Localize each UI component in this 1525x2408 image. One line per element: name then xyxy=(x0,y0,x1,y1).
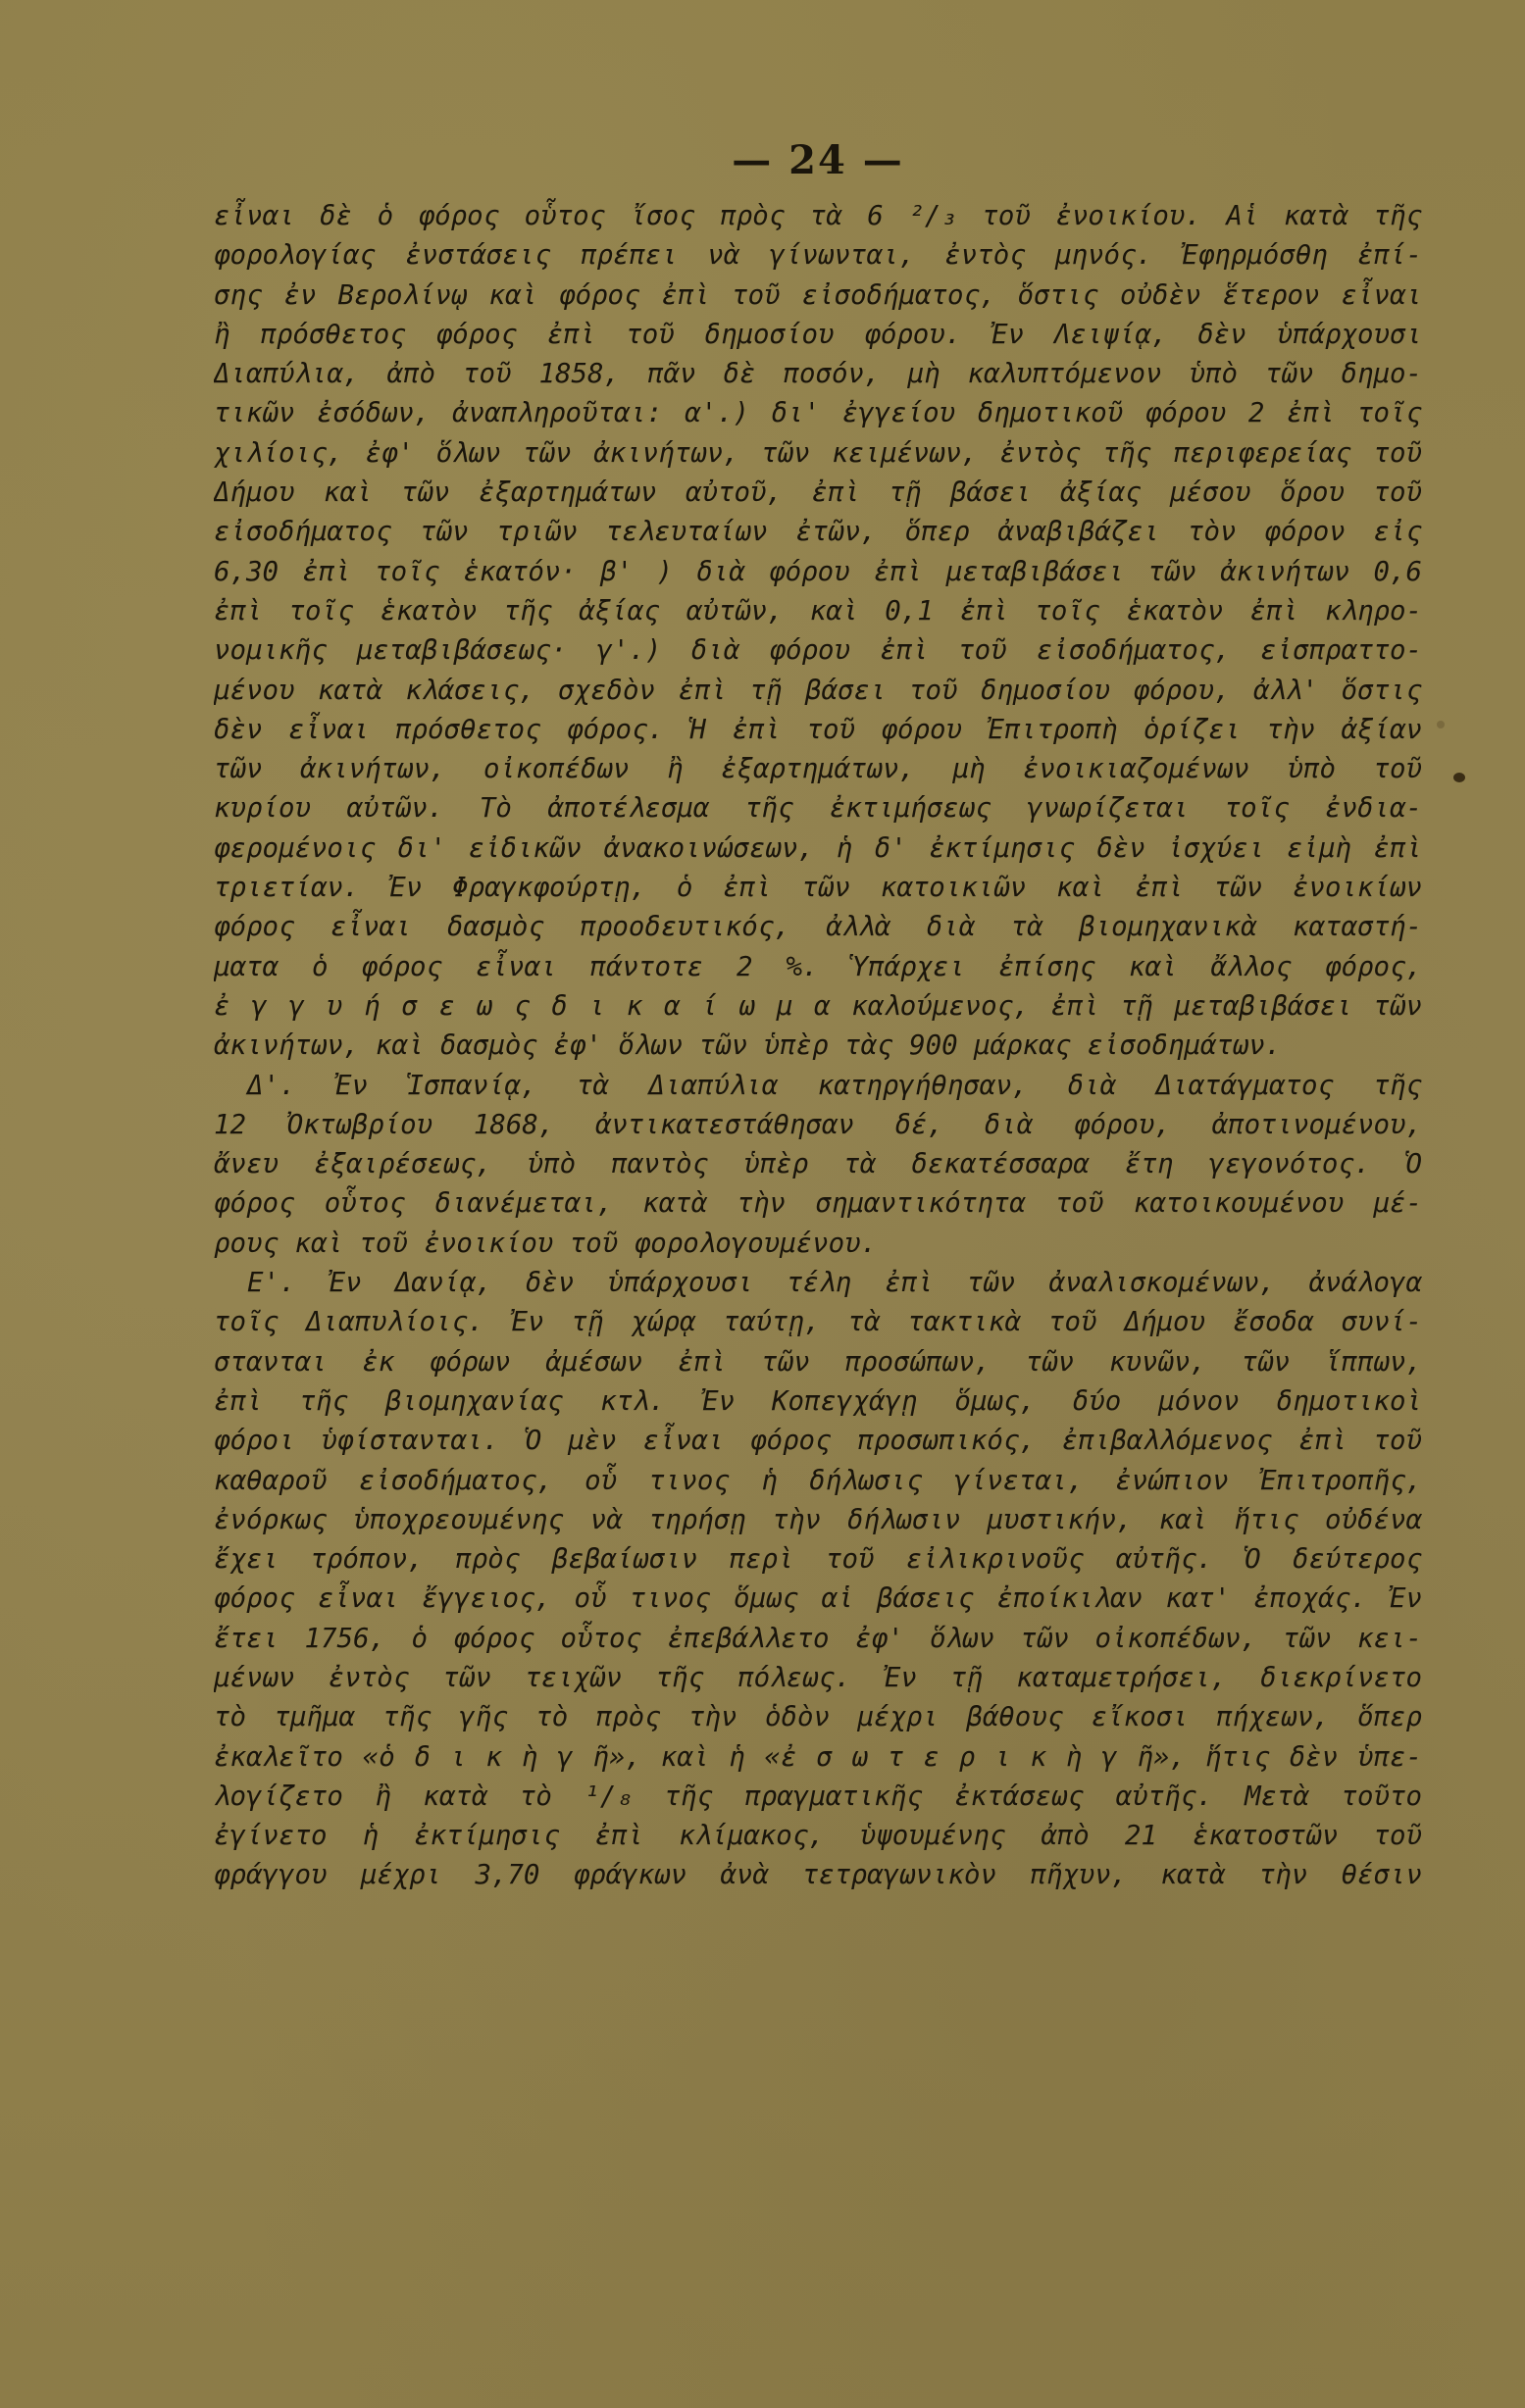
text-line: φόροι ὑφίστανται. Ὁ μὲν εἶναι φόρος προσ… xyxy=(214,1422,1422,1461)
text-line: ἄνευ ἐξαιρέσεως, ὑπὸ παντὸς ὑπὲρ τὰ δεκα… xyxy=(214,1145,1422,1184)
text-line: φόρος οὗτος διανέμεται, κατὰ τὴν σημαντι… xyxy=(214,1184,1422,1224)
text-line: τικῶν ἐσόδων, ἀναπληροῦται: α'.) δι' ἐγγ… xyxy=(214,394,1422,433)
text-line: φράγγου μέχρι 3,70 φράγκων ἀνὰ τετραγωνι… xyxy=(214,1856,1422,1895)
text-line: τὸ τμῆμα τῆς γῆς τὸ πρὸς τὴν ὁδὸν μέχρι … xyxy=(214,1698,1422,1737)
text-line: ἐ γ γ υ ή σ ε ω ς δ ι κ α ί ω μ α καλούμ… xyxy=(214,987,1422,1027)
text-line: δὲν εἶναι πρόσθετος φόρος. Ἡ ἐπὶ τοῦ φόρ… xyxy=(214,711,1422,750)
text-line: μένων ἐντὸς τῶν τειχῶν τῆς πόλεως. Ἐν τῇ… xyxy=(214,1659,1422,1698)
paper-mark xyxy=(1437,721,1445,728)
text-line: ἐνόρκως ὑποχρεουμένης νὰ τηρήσῃ τὴν δήλω… xyxy=(214,1501,1422,1540)
ink-spot xyxy=(1453,773,1465,782)
text-line: τοῖς Διαπυλίοις. Ἐν τῇ χώρᾳ ταύτῃ, τὰ τα… xyxy=(214,1303,1422,1342)
text-line: λογίζετο ἢ κατὰ τὸ ¹/₈ τῆς πραγματικῆς ἐ… xyxy=(214,1778,1422,1817)
text-line: Δ'. Ἐν Ἱσπανίᾳ, τὰ Διαπύλια κατηργήθησαν… xyxy=(214,1067,1422,1106)
text-line: φόρος εἶναι ἔγγειος, οὗ τινος ὅμως αἱ βά… xyxy=(214,1580,1422,1619)
text-line: 12 Ὀκτωβρίου 1868, ἀντικατεστάθησαν δέ, … xyxy=(214,1106,1422,1145)
text-line: ἢ πρόσθετος φόρος ἐπὶ τοῦ δημοσίου φόρου… xyxy=(214,316,1422,355)
text-line: Ε'. Ἐν Δανίᾳ, δὲν ὑπάρχουσι τέλη ἐπὶ τῶν… xyxy=(214,1264,1422,1303)
text-line: ἐπὶ τῆς βιομηχανίας κτλ. Ἐν Κοπεγχάγῃ ὅμ… xyxy=(214,1382,1422,1422)
text-line: ἔτει 1756, ὁ φόρος οὗτος ἐπεβάλλετο ἐφ' … xyxy=(214,1620,1422,1659)
text-line: κυρίου αὐτῶν. Τὸ ἀποτέλεσμα τῆς ἐκτιμήσε… xyxy=(214,789,1422,828)
text-line: σης ἐν Βερολίνῳ καὶ φόρος ἐπὶ τοῦ εἰσοδή… xyxy=(214,276,1422,316)
text-line: στανται ἐκ φόρων ἀμέσων ἐπὶ τῶν προσώπων… xyxy=(214,1343,1422,1382)
text-line: ματα ὁ φόρος εἶναι πάντοτε 2 %. Ὑπάρχει … xyxy=(214,948,1422,987)
text-line: ρους καὶ τοῦ ἐνοικίου τοῦ φορολογουμένου… xyxy=(214,1225,1422,1264)
text-line: εἰσοδήματος τῶν τριῶν τελευταίων ἐτῶν, ὅ… xyxy=(214,513,1422,552)
text-line: ἐπὶ τοῖς ἑκατὸν τῆς ἀξίας αὐτῶν, καὶ 0,1… xyxy=(214,592,1422,631)
text-line: 6,30 ἐπὶ τοῖς ἑκατόν· β' ) διὰ φόρου ἐπὶ… xyxy=(214,553,1422,592)
text-line: ἐγίνετο ἡ ἐκτίμησις ἐπὶ κλίμακος, ὑψουμέ… xyxy=(214,1817,1422,1856)
text-line: νομικῆς μεταβιβάσεως· γ'.) διὰ φόρου ἐπὶ… xyxy=(214,631,1422,671)
text-line: φερομένοις δι' εἰδικῶν ἀνακοινώσεων, ἡ δ… xyxy=(214,829,1422,869)
body-text: εἶναι δὲ ὁ φόρος οὗτος ἴσος πρὸς τὰ 6 ²/… xyxy=(214,197,1422,1896)
text-line: Δήμου καὶ τῶν ἐξαρτημάτων αὐτοῦ, ἐπὶ τῇ … xyxy=(214,474,1422,513)
text-line: μένου κατὰ κλάσεις, σχεδὸν ἐπὶ τῇ βάσει … xyxy=(214,672,1422,711)
text-line: ἀκινήτων, καὶ δασμὸς ἐφ' ὅλων τῶν ὑπὲρ τ… xyxy=(214,1027,1422,1066)
document-page: — 24 — εἶναι δὲ ὁ φόρος οὗτος ἴσος πρὸς … xyxy=(214,137,1422,1896)
text-line: τῶν ἀκινήτων, οἰκοπέδων ἢ ἐξαρτημάτων, μ… xyxy=(214,750,1422,789)
text-line: Διαπύλια, ἀπὸ τοῦ 1858, πᾶν δὲ ποσόν, μὴ… xyxy=(214,355,1422,394)
text-line: ἔχει τρόπον, πρὸς βεβαίωσιν περὶ τοῦ εἰλ… xyxy=(214,1540,1422,1580)
text-line: χιλίοις, ἐφ' ὅλων τῶν ἀκινήτων, τῶν κειμ… xyxy=(214,434,1422,474)
text-line: ἐκαλεῖτο «ὁ δ ι κ ὴ γ ῆ», καὶ ἡ «ἐ σ ω τ… xyxy=(214,1738,1422,1778)
text-line: καθαροῦ εἰσοδήματος, οὗ τινος ἡ δήλωσις … xyxy=(214,1462,1422,1501)
text-line: εἶναι δὲ ὁ φόρος οὗτος ἴσος πρὸς τὰ 6 ²/… xyxy=(214,197,1422,236)
text-line: φόρος εἶναι δασμὸς προοδευτικός, ἀλλὰ δι… xyxy=(214,908,1422,947)
page-number: — 24 — xyxy=(214,137,1422,183)
text-line: τριετίαν. Ἐν Φραγκφούρτῃ, ὁ ἐπὶ τῶν κατο… xyxy=(214,869,1422,908)
text-line: φορολογίας ἐνστάσεις πρέπει νὰ γίνωνται,… xyxy=(214,236,1422,276)
